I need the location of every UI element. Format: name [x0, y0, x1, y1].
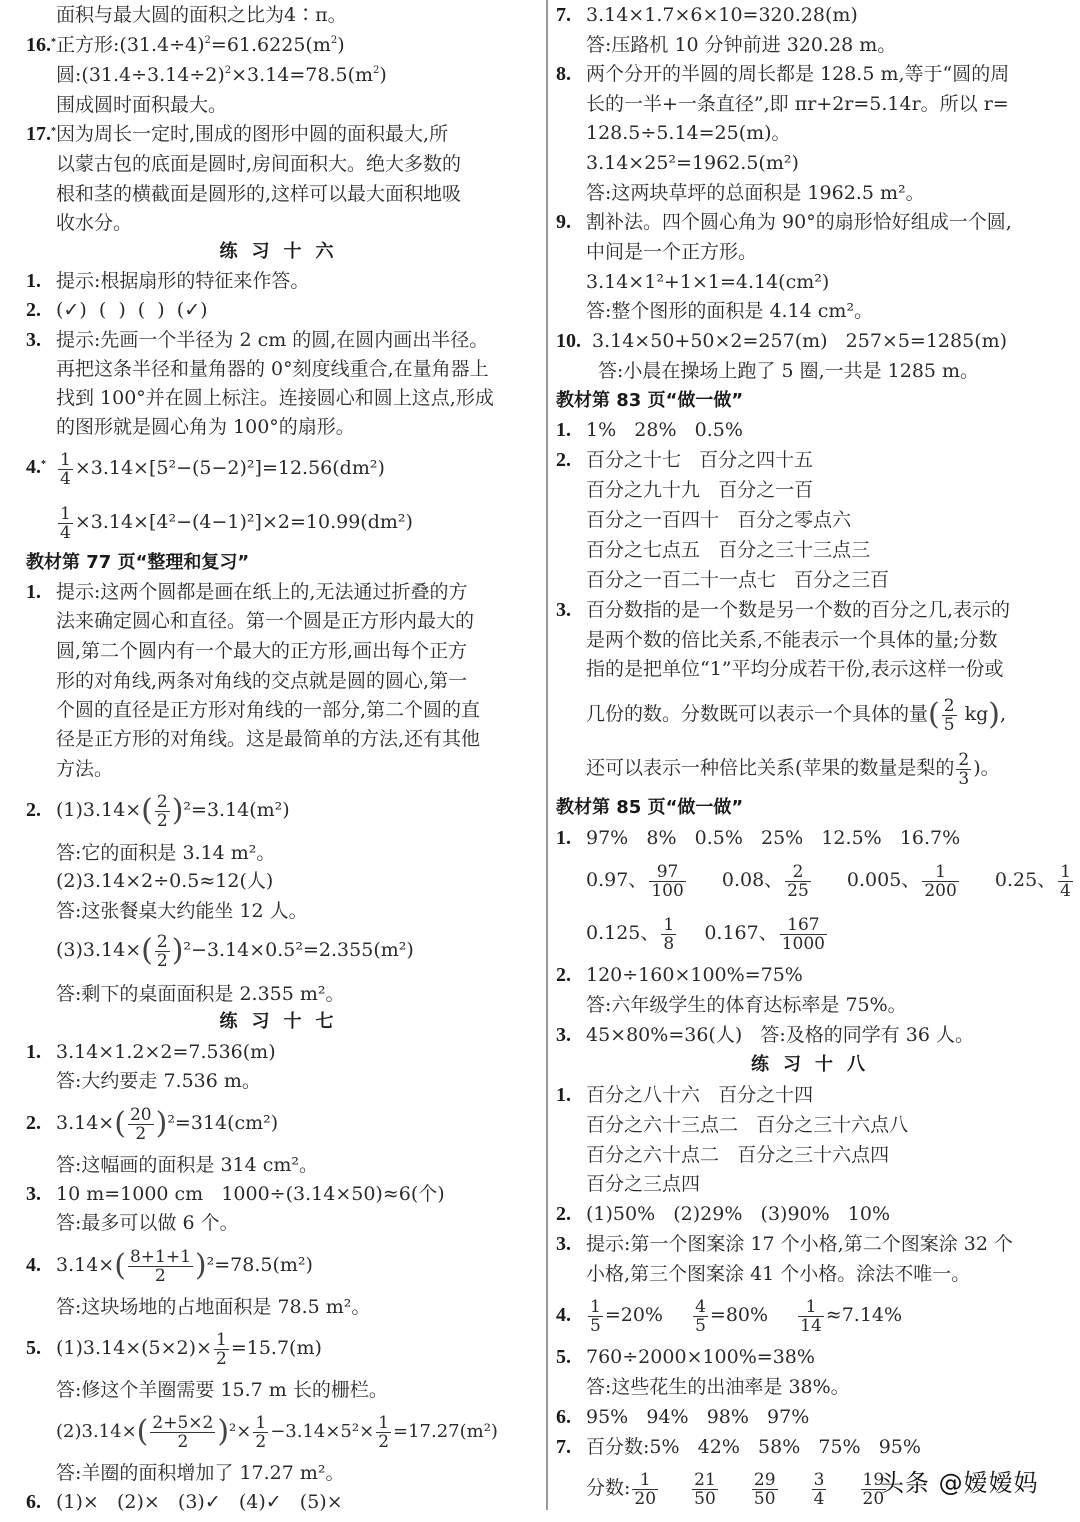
- question-number: 5.: [556, 1342, 571, 1372]
- answer-line: 95% 94% 98% 97%: [586, 1402, 809, 1432]
- answer-line: 答:最多可以做 6 个。: [56, 1208, 239, 1238]
- question-number: 8.: [556, 59, 571, 89]
- answer-line: 百分之六十点二 百分之三十六点四: [586, 1140, 889, 1170]
- question-number: 3.: [556, 595, 571, 625]
- answer-line: 答:小晨在操场上跑了 5 圈,一共是 1285 m。: [598, 356, 979, 386]
- fraction: 45: [693, 1298, 708, 1335]
- section-title-exercise-18: 练习十八: [556, 1050, 1074, 1080]
- answer-line: 法来确定圆心和直径。第一个圆是正方形内最大的: [56, 606, 474, 636]
- answer-line: 3.14×25²=1962.5(m²): [586, 148, 799, 178]
- fraction: 14: [58, 505, 73, 542]
- section-title-page-83: 教材第 83 页“做一做”: [556, 386, 743, 416]
- answer-line: 3.14×1.2×2=7.536(m): [56, 1037, 276, 1067]
- answer-line: 因为周长一定时,围成的图形中圆的面积最大,所: [56, 119, 448, 149]
- question-number: 2.: [556, 1199, 571, 1229]
- answer-line: 两个分开的半圆的周长都是 128.5 m,等于“圆的周: [586, 59, 1009, 89]
- column-divider: [546, 0, 548, 1510]
- fraction: 202: [128, 1106, 154, 1143]
- answer-line: 百分数:5% 42% 58% 75% 95%: [586, 1432, 921, 1462]
- fraction: 120: [632, 1471, 658, 1508]
- answer-line: 再把这条半径和量角器的 0°刻度线重合,在量角器上: [56, 354, 489, 384]
- question-number: 3.: [556, 1020, 571, 1050]
- answer-line: 答:这两块草坪的总面积是 1962.5 m²。: [586, 178, 925, 208]
- answer-line: 答:羊圈的面积增加了 17.27 m²。: [56, 1458, 345, 1488]
- fraction: 18: [661, 916, 676, 953]
- question-number: 1.: [556, 823, 571, 853]
- answer-line: (2)3.14×2÷0.5≈12(人): [56, 866, 273, 896]
- answer-line: 百分之九十九 百分之一百: [586, 475, 813, 505]
- fraction: 12: [253, 1414, 268, 1451]
- answer-line: 的图形就是圆心角为 100°的扇形。: [56, 412, 355, 442]
- answer-line: 128.5÷5.14=25(m)。: [586, 118, 791, 148]
- answer-line: 收水分。: [56, 208, 132, 238]
- answer-line: 答:剩下的桌面面积是 2.355 m²。: [56, 979, 345, 1009]
- question-number: 1.: [26, 1037, 41, 1067]
- formula-line: 几份的数。分数既可以表示一个具体的量(25 kg),: [586, 694, 1006, 734]
- question-number: 7.: [556, 1432, 571, 1462]
- answer-line: 小格,第三个图案涂 41 个小格。涂法不唯一。: [586, 1259, 970, 1289]
- fraction: 12: [376, 1414, 391, 1451]
- fraction: 22: [155, 933, 170, 970]
- fraction: 14: [58, 451, 73, 488]
- section-title-review-77: 教材第 77 页“整理和复习”: [26, 548, 249, 578]
- fraction: 14: [1058, 863, 1073, 900]
- answer-line: 答:修这个羊圈需要 15.7 m 长的栅栏。: [56, 1375, 388, 1405]
- answer-line: 围成圆时面积最大。: [56, 90, 227, 120]
- question-number: 2.: [26, 795, 41, 825]
- fraction: 2+5×22: [150, 1414, 215, 1451]
- answer-line: 1% 28% 0.5%: [586, 415, 743, 445]
- fraction: 23: [956, 751, 971, 788]
- question-number: 4.: [556, 1300, 571, 1330]
- fraction: 2150: [692, 1471, 718, 1508]
- fraction: 1200: [922, 863, 958, 900]
- formula-line: 3.14×(8+1+12)²=78.5(m²): [56, 1245, 313, 1285]
- answer-line: 长的一半+一条直径”,即 πr+2r=5.14r。所以 r=: [586, 89, 1009, 119]
- answer-line: 10 m=1000 cm 1000÷(3.14×50)≈6(个): [56, 1179, 445, 1209]
- answer-line: 提示:这两个圆都是画在纸上的,无法通过折叠的方: [56, 577, 467, 607]
- answer-line: 找到 100°并在圆上标注。连接圆心和圆上这点,形成: [56, 383, 494, 413]
- question-number: 3.: [556, 1229, 571, 1259]
- answer-line: 3.14×1²+1×1=4.14(cm²): [586, 267, 829, 297]
- question-number: 1.: [556, 1080, 571, 1110]
- answer-line: 百分之六十三点二 百分之三十六点八: [586, 1110, 908, 1140]
- answer-line: (1)50% (2)29% (3)90% 10%: [586, 1199, 890, 1229]
- section-title-page-85: 教材第 85 页“做一做”: [556, 793, 743, 823]
- answer-line: 答:这张餐桌大约能坐 12 人。: [56, 896, 308, 926]
- fraction: 1671000: [780, 916, 827, 953]
- fraction: 22: [155, 793, 170, 830]
- answer-line: 个圆的直径是正方形对角线的一部分,第二个圆的直: [56, 695, 480, 725]
- answer-line: 百分之十七 百分之四十五: [586, 445, 813, 475]
- answer-line: 答:整个图形的面积是 4.14 cm²。: [586, 296, 873, 326]
- answer-line: 提示:根据扇形的特征来作答。: [56, 266, 309, 296]
- answer-line: 指的是把单位“1”平均分成若干份,表示这样一份或: [586, 654, 1004, 684]
- fraction: 225: [785, 863, 811, 900]
- formula-line: 14×3.14×[5²−(5−2)²]=12.56(dm²): [56, 448, 385, 488]
- question-number: 1.: [556, 415, 571, 445]
- formula-line: 还可以表示一种倍比关系(苹果的数量是梨的23)。: [586, 748, 1000, 788]
- answer-line: 答:这些花生的出油率是 38%。: [586, 1372, 850, 1402]
- section-title-exercise-16: 练习十六: [26, 237, 541, 267]
- answer-line: 97% 8% 0.5% 25% 12.5% 16.7%: [586, 823, 960, 853]
- formula-line: 15=20% 45=80% 114≈7.14%: [586, 1295, 902, 1335]
- continued-text: 面积与最大圆的面积之比为4∶π。: [56, 0, 347, 30]
- question-number: 1.: [26, 577, 41, 607]
- answer-line: 百分数指的是一个数是另一个数的百分之几,表示的: [586, 595, 1010, 625]
- answer-line: 圆,第二个圆内有一个最大的正方形,画出每个正方: [56, 636, 467, 666]
- question-number: 4.: [26, 1250, 41, 1280]
- fraction: 97100: [649, 863, 685, 900]
- answer-line: (1)× (2)× (3)✓ (4)✓ (5)×: [56, 1487, 343, 1517]
- answer-line: 提示:第一个图案涂 17 个小格,第二个图案涂 32 个: [586, 1229, 1013, 1259]
- question-number: 9.: [556, 207, 571, 237]
- question-number: 1.: [26, 266, 41, 296]
- fraction: 12: [214, 1331, 229, 1368]
- question-number: 3.: [26, 1179, 41, 1209]
- fraction: 15: [588, 1298, 603, 1335]
- answer-line: 百分之七点五 百分之三十三点三: [586, 535, 870, 565]
- answer-line: 45×80%=36(人) 答:及格的同学有 36 人。: [586, 1020, 974, 1050]
- question-number: 10.: [556, 326, 581, 356]
- answer-line: 百分之一百二十一点七 百分之三百: [586, 565, 889, 595]
- formula-line: (3)3.14×(22)²−3.14×0.5²=2.355(m²): [56, 930, 414, 970]
- question-number: 6.: [26, 1487, 41, 1517]
- answer-line: 根和茎的横截面是圆形的,这样可以最大面积地吸: [56, 179, 461, 209]
- answer-line: 答:这块场地的占地面积是 78.5 m²。: [56, 1292, 370, 1322]
- answer-line: 径是正方形的对角线。这是最简单的方法,还有其他: [56, 724, 480, 754]
- answer-line: 割补法。四个圆心角为 90°的扇形恰好组成一个圆,: [586, 207, 1012, 237]
- question-number: 16.*: [26, 30, 56, 60]
- answer-line: 答:它的面积是 3.14 m²。: [56, 838, 275, 868]
- answer-line: 百分之八十六 百分之十四: [586, 1080, 813, 1110]
- answer-line: 答:压路机 10 分钟前进 320.28 m。: [586, 30, 896, 60]
- answer-line: 形的对角线,两条对角线的交点就是圆的圆心,第一: [56, 666, 467, 696]
- answer-line: 3.14×1.7×6×10=320.28(m): [586, 0, 858, 30]
- question-number: 4.*: [26, 452, 46, 482]
- answer-line: 答:大约要走 7.536 m。: [56, 1066, 261, 1096]
- answer-line: 百分之一百四十 百分之零点六: [586, 505, 851, 535]
- fraction: 8+1+12: [128, 1248, 193, 1285]
- fraction: 25: [942, 697, 957, 734]
- formula-line: 3.14×(202)²=314(cm²): [56, 1103, 278, 1143]
- formula-line: 14×3.14×[4²−(4−1)²]×2=10.99(dm²): [56, 502, 413, 542]
- question-number: 2.: [556, 960, 571, 990]
- question-number: 2.: [26, 1108, 41, 1138]
- watermark: 头条 @嫒嫒妈: [880, 1463, 1039, 1498]
- answer-line: (✓) ( ) ( ) (✓): [56, 295, 208, 325]
- formula-line: (2)3.14×(2+5×22)²×12−3.14×5²×12=17.27(m²…: [56, 1412, 498, 1452]
- answer-line: 120÷160×100%=75%: [586, 960, 803, 990]
- section-title-exercise-17: 练习十七: [26, 1007, 541, 1037]
- question-number: 17.*: [26, 119, 56, 149]
- fraction: 34: [812, 1471, 827, 1508]
- answer-line: 以蒙古包的底面是圆时,房间面积大。绝大多数的: [56, 149, 461, 179]
- answer-line: 是两个数的倍比关系,不能表示一个具体的量;分数: [586, 625, 997, 655]
- answer-line: 中间是一个正方形。: [586, 237, 757, 267]
- answer-line: 3.14×50+50×2=257(m) 257×5=1285(m): [592, 326, 1007, 356]
- question-number: 6.: [556, 1402, 571, 1432]
- formula-line: 0.97、97100 0.08、225 0.005、1200 0.25、14: [586, 860, 1075, 900]
- answer-line: 正方形:(31.4÷4)2=61.6225(m2): [56, 30, 345, 60]
- question-number: 2.: [26, 295, 41, 325]
- question-number: 7.: [556, 0, 571, 30]
- answer-line: 760÷2000×100%=38%: [586, 1342, 815, 1372]
- question-number: 2.: [556, 445, 571, 475]
- question-number: 5.: [26, 1333, 41, 1363]
- answer-line: 提示:先画一个半径为 2 cm 的圆,在圆内画出半径。: [56, 325, 488, 355]
- formula-line: (1)3.14×(22)²=3.14(m²): [56, 790, 290, 830]
- answer-line: 百分之三点四: [586, 1169, 700, 1199]
- formula-line: 分数:120 2150 2950 34 1920: [586, 1468, 888, 1508]
- question-number: 3.: [26, 325, 41, 355]
- fraction: 2950: [752, 1471, 778, 1508]
- answer-line: 方法。: [56, 754, 113, 784]
- answer-line: 答:六年级学生的体育达标率是 75%。: [586, 990, 907, 1020]
- answer-line: 圆:(31.4÷3.14÷2)2×3.14=78.5(m2): [56, 60, 387, 90]
- answer-line: 答:这幅画的面积是 314 cm²。: [56, 1150, 318, 1180]
- formula-line: 0.125、18 0.167、1671000: [586, 913, 829, 953]
- formula-line: (1)3.14×(5×2)×12=15.7(m): [56, 1328, 322, 1368]
- fraction: 114: [798, 1298, 824, 1335]
